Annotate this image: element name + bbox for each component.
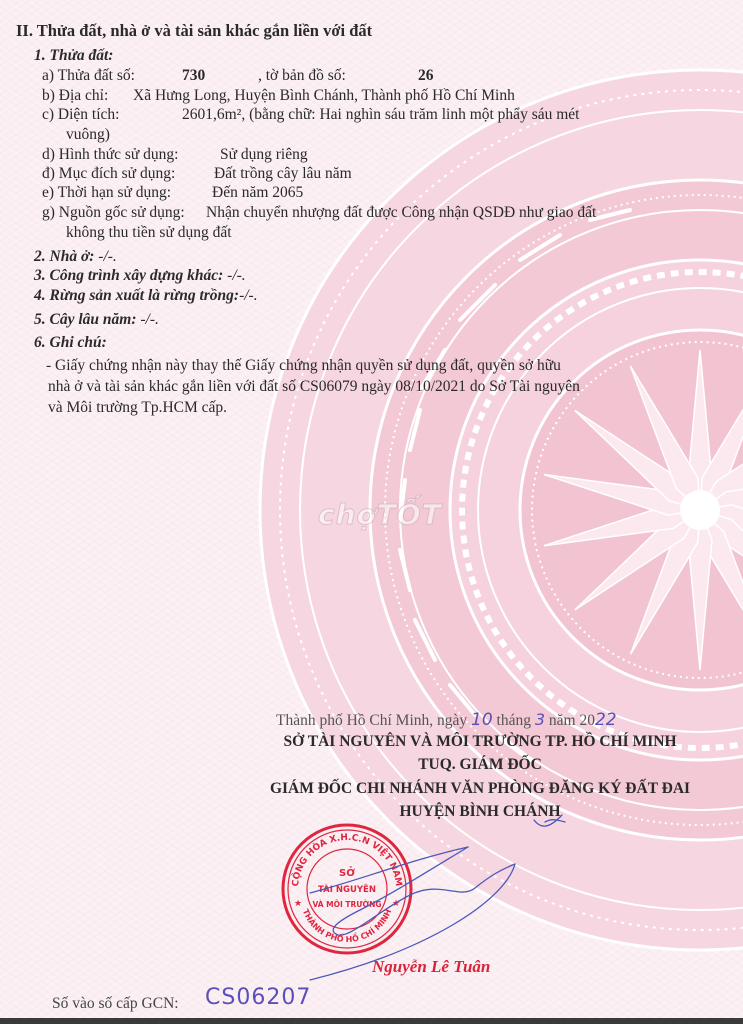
on-behalf: TUQ. GIÁM ĐỐC <box>230 756 730 774</box>
signer-title: GIÁM ĐỐC CHI NHÁNH VĂN PHÒNG ĐĂNG KÝ ĐẤT… <box>220 780 740 798</box>
notes-line-1: - Giấy chứng nhận này thay thế Giấy chứn… <box>46 357 561 375</box>
scan-edge <box>0 1018 743 1024</box>
term-value: Đến năm 2065 <box>212 184 303 202</box>
forest-label: 4. Rừng sản xuất là rừng trồng: <box>34 287 239 304</box>
signer-name: Nguyễn Lê Tuân <box>372 957 490 977</box>
purpose-value: Đất trồng cây lâu năm <box>214 165 352 183</box>
use-form-value: Sử dụng riêng <box>220 146 308 164</box>
notes-line-3: và Môi trường Tp.HCM cấp. <box>48 399 227 417</box>
agency-name: SỞ TÀI NGUYÊN VÀ MÔI TRƯỜNG TP. HỒ CHÍ M… <box>230 733 730 751</box>
origin-value: Nhận chuyển nhượng đất được Công nhận QS… <box>206 204 596 222</box>
notes-heading: 6. Ghi chú: <box>34 334 107 352</box>
area-value-cont: vuông) <box>66 126 110 144</box>
use-form-label: d) Hình thức sử dụng: <box>42 146 179 164</box>
area-value: 2601,6m², (bằng chữ: Hai nghìn sáu trăm … <box>182 106 579 124</box>
area-label: c) Diện tích: <box>42 106 119 124</box>
house-heading: 2. Nhà ở: -/-. <box>34 248 117 266</box>
perennial-value: -/-. <box>140 311 159 328</box>
certificate-page: chợTỐT II. Thửa đất, nhà ở và tài sản kh… <box>0 0 743 1018</box>
term-label: e) Thời hạn sử dụng: <box>42 184 171 202</box>
notes-line-2: nhà ở và tài sản khác gắn liền với đất s… <box>48 378 580 396</box>
origin-value-cont: không thu tiền sử dụng đất <box>66 224 232 242</box>
perennial-label: 5. Cây lâu năm: <box>34 311 136 328</box>
date-month: 3 <box>535 710 545 729</box>
place-date: Thành phố Hồ Chí Minh, ngày 10 tháng 3 n… <box>276 711 617 730</box>
land-heading: 1. Thửa đất: <box>34 47 113 65</box>
origin-label: g) Nguồn gốc sử dụng: <box>42 204 185 222</box>
section-title: II. Thửa đất, nhà ở và tài sản khác gắn … <box>16 22 372 40</box>
parcel-number: 730 <box>182 67 205 85</box>
registry-number: CS06207 <box>205 989 311 1007</box>
place-date-prefix: Thành phố Hồ Chí Minh, ngày <box>276 712 467 729</box>
forest-heading: 4. Rừng sản xuất là rừng trồng:-/-. <box>34 287 258 305</box>
year-label: năm 20 <box>549 712 595 729</box>
date-day: 10 <box>471 710 493 730</box>
parcel-label: a) Thửa đất số: <box>42 67 135 85</box>
purpose-label: đ) Mục đích sử dụng: <box>42 165 175 183</box>
forest-value: -/-. <box>239 287 258 304</box>
map-label: , tờ bản đồ số: <box>258 67 346 85</box>
address-value: Xã Hưng Long, Huyện Bình Chánh, Thành ph… <box>133 87 515 105</box>
house-label: 2. Nhà ở: <box>34 248 94 265</box>
address-label: b) Địa chỉ: <box>42 87 108 105</box>
other-works-value: -/-. <box>227 267 246 284</box>
month-label: tháng <box>497 712 531 729</box>
other-works-label: 3. Công trình xây dựng khác: <box>34 267 223 284</box>
document-content: II. Thửa đất, nhà ở và tài sản khác gắn … <box>0 0 743 1018</box>
perennial-heading: 5. Cây lâu năm: -/-. <box>34 311 159 329</box>
date-year: 22 <box>595 710 617 730</box>
map-number: 26 <box>418 67 434 85</box>
house-value: -/-. <box>98 248 117 265</box>
other-works-heading: 3. Công trình xây dựng khác: -/-. <box>34 267 246 285</box>
registry-label: Số vào số cấp GCN: <box>52 995 179 1013</box>
